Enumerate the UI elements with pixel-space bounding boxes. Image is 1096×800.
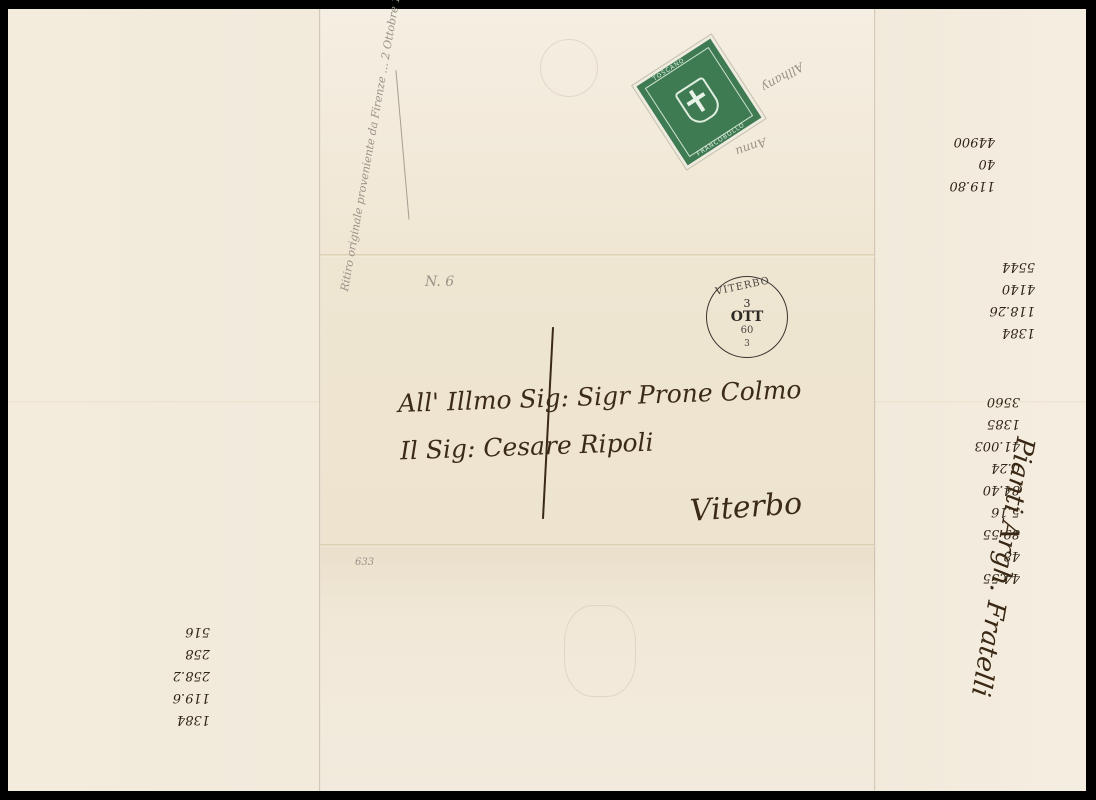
right-calc-mid: 1384 118.26 4140 5544 (915, 255, 1035, 343)
calc-value: 119.6 (120, 686, 210, 708)
watermark-impression (564, 605, 636, 697)
fold-line-right (874, 9, 876, 791)
savoy-cross-icon (674, 76, 724, 128)
calc-value: 1384 (915, 321, 1035, 343)
fold-line-left-mid (8, 401, 320, 404)
calc-value: 3560 (930, 390, 1020, 412)
postmark: VITERBO 3 OTT 60 3 (706, 276, 788, 358)
calc-value: 1385 (930, 412, 1020, 434)
postmark-bottom: 3 (707, 339, 787, 349)
calc-value: 119.80 (905, 174, 995, 196)
postmark-month: OTT (707, 309, 787, 325)
fold-line-top (320, 254, 875, 257)
calc-value: 118.26 (915, 299, 1035, 321)
postmark-year: 60 (707, 325, 787, 336)
fold-line-bottom (320, 544, 875, 547)
calc-value: 258 (120, 642, 210, 664)
center-top-flap (320, 9, 875, 255)
calc-value: 44900 (905, 130, 995, 152)
calc-value: 40 (905, 152, 995, 174)
pencil-reference: N. 6 (425, 274, 454, 290)
calc-value: 516 (120, 620, 210, 642)
calc-value: 4140 (915, 277, 1035, 299)
calc-value: 1384 (120, 708, 210, 730)
calc-value: 258.2 (120, 664, 210, 686)
seal-impression (540, 39, 598, 97)
left-calc: 1384 119.6 258.2 258 516 (120, 620, 210, 730)
calc-value: 5544 (915, 255, 1035, 277)
pencil-catalog-number: 633 (355, 557, 374, 568)
right-calc-top: 119.80 40 44900 (905, 130, 995, 196)
fold-line-left (319, 9, 321, 791)
